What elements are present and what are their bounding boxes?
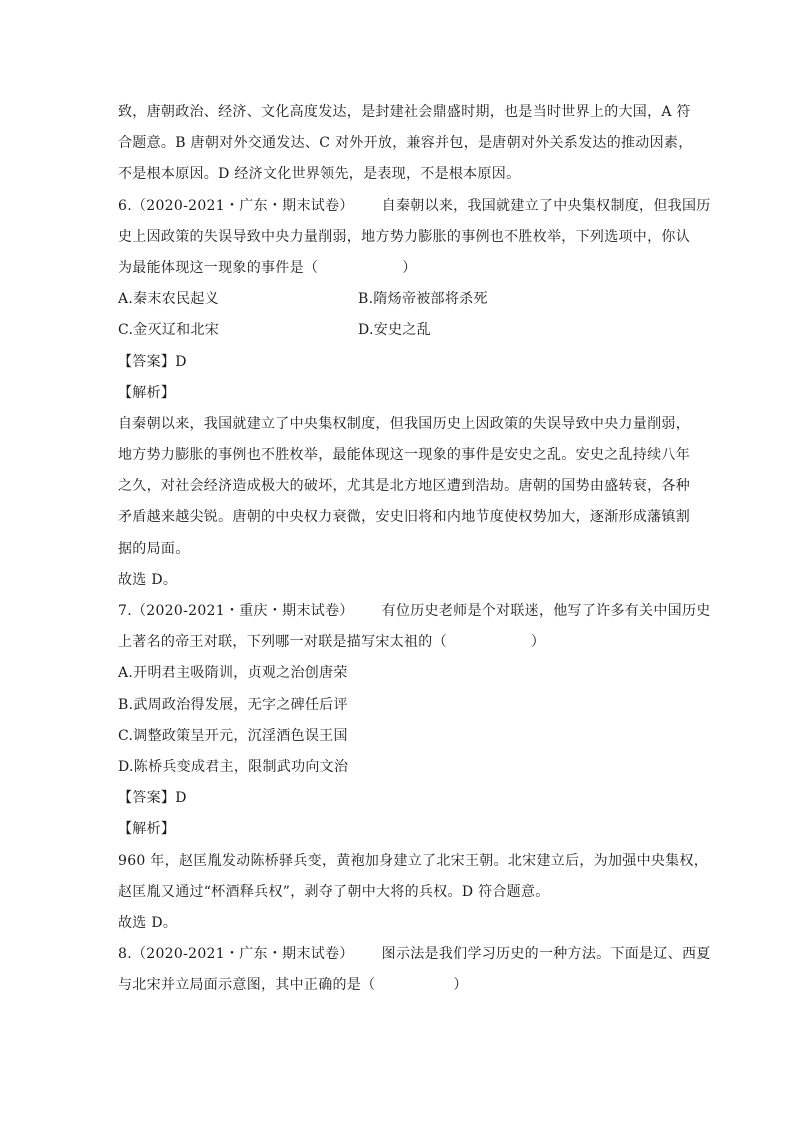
analysis-line: 之久，对社会经济造成极大的破坏，尤其是北方地区遭到浩劫。唐朝的国势由盛转衰，各种 [118, 476, 674, 507]
question-stem-line: 史上因政策的失误导致中央力量削弱，地方势力膨胀的事例也不胜枚举，下列选项中，你认 [118, 227, 674, 258]
analysis-label: 【解析】 [118, 819, 674, 850]
options-row: C.金灭辽和北宋 D.安史之乱 [118, 320, 674, 351]
option-b: B.隋炀帝被部将杀死 [358, 289, 598, 320]
option-d: D.安史之乱 [358, 320, 598, 351]
option-c: C.金灭辽和北宋 [118, 320, 358, 351]
analysis-line: 地方势力膨胀的事例也不胜枚举，最能体现这一现象的事件是安史之乱。安史之乱持续八年 [118, 445, 674, 476]
document-page: 致，唐朝政治、经济、文化高度发达，是封建社会鼎盛时期，也是当时世界上的大国，A … [118, 102, 674, 1006]
analysis-line: 赵匡胤又通过“杯酒释兵权”，剥夺了朝中大将的兵权。D 符合题意。 [118, 882, 674, 913]
conclusion: 故选 D。 [118, 570, 674, 601]
options-row: A.秦末农民起义 B.隋炀帝被部将杀死 [118, 289, 674, 320]
option-a: A.开明君主吸隋训，贞观之治创唐荣 [118, 663, 674, 694]
option-b: B.武周政治得发展，无字之碑任后评 [118, 695, 674, 726]
question-8-header: 8.（2020-2021・广东・期末试卷）图示法是我们学习历史的一种方法。下面是… [118, 944, 674, 975]
question-stem-line: 与北宋并立局面示意图，其中正确的是（） [118, 975, 674, 1006]
answer-value: D [175, 790, 187, 806]
text-line: 合题意。B 唐朝对外交通发达、C 对外开放，兼容并包，是唐朝对外关系发达的推动因… [118, 133, 674, 164]
analysis-label: 【解析】 [118, 383, 674, 414]
option-c: C.调整政策呈开元，沉淫酒色误王国 [118, 726, 674, 757]
question-stem: 自秦朝以来，我国就建立了中央集权制度，但我国历 [382, 198, 711, 214]
analysis-line: 矛盾越来越尖锐。唐朝的中央权力衰微，安史旧将和内地节度使权势加大，逐渐形成藩镇割 [118, 507, 674, 538]
analysis-line: 自秦朝以来，我国就建立了中央集权制度，但我国历史上因政策的失误导致中央力量削弱， [118, 414, 674, 445]
option-a: A.秦末农民起义 [118, 289, 358, 320]
answer-value: D [175, 354, 187, 370]
conclusion: 故选 D。 [118, 913, 674, 944]
analysis-line: 据的局面。 [118, 539, 674, 570]
question-number: 8. [118, 946, 132, 962]
question-number: 7. [118, 603, 132, 619]
text-line: 致，唐朝政治、经济、文化高度发达，是封建社会鼎盛时期，也是当时世界上的大国，A … [118, 102, 674, 133]
question-number: 6. [118, 198, 132, 214]
question-stem-line: 上著名的帝王对联，下列哪一对联是描写宋太祖的（） [118, 632, 674, 663]
question-source: （2020-2021・重庆・期末试卷） [132, 603, 354, 619]
question-7-header: 7.（2020-2021・重庆・期末试卷）有位历史老师是个对联迷，他写了许多有关… [118, 601, 674, 632]
question-6-header: 6.（2020-2021・广东・期末试卷）自秦朝以来，我国就建立了中央集权制度，… [118, 196, 674, 227]
analysis-line: 960 年，赵匡胤发动陈桥驿兵变，黄袍加身建立了北宋王朝。北宋建立后，为加强中央… [118, 851, 674, 882]
question-stem: 有位历史老师是个对联迷，他写了许多有关中国历史 [382, 603, 711, 619]
question-stem-line: 为最能体现这一现象的事件是（） [118, 258, 674, 289]
question-stem: 图示法是我们学习历史的一种方法。下面是辽、西夏 [382, 946, 711, 962]
answer-line: 【答案】D [118, 788, 674, 819]
question-source: （2020-2021・广东・期末试卷） [132, 946, 354, 962]
text-line: 不是根本原因。D 经济文化世界领先，是表现，不是根本原因。 [118, 164, 674, 195]
question-source: （2020-2021・广东・期末试卷） [132, 198, 354, 214]
option-d: D.陈桥兵变成君主，限制武功向文治 [118, 757, 674, 788]
answer-line: 【答案】D [118, 352, 674, 383]
